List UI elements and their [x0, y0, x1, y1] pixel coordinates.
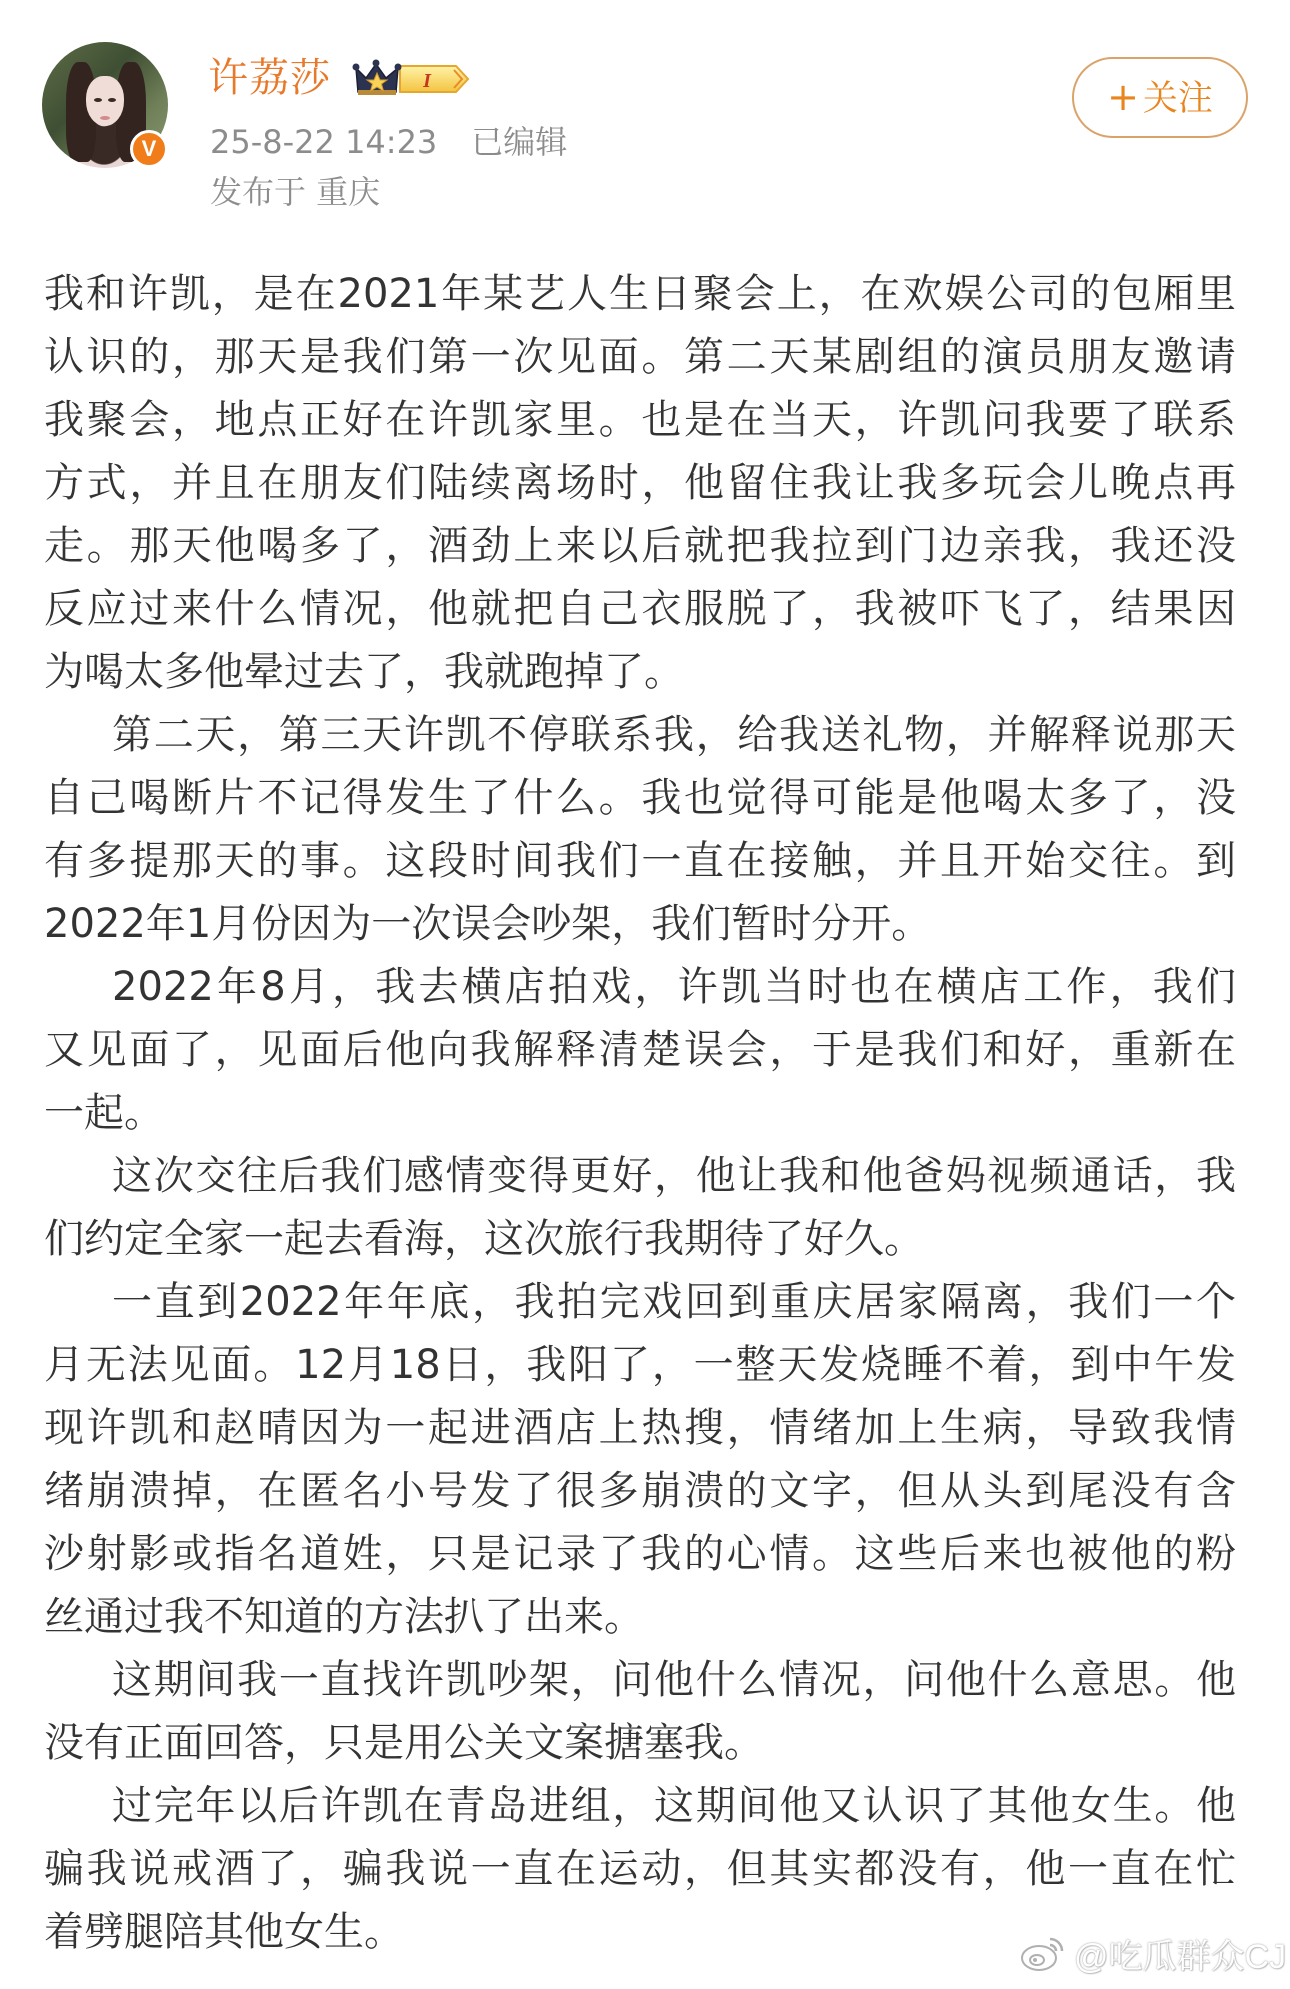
follow-button[interactable]: +关注 [1072, 57, 1248, 138]
post-body: 我和许凯，是在2021年某艺人生日聚会上，在欢娱公司的包厢里认识的，那天是我们第… [44, 263, 1236, 1964]
avatar-lips [100, 116, 110, 120]
plus-icon: + [1107, 75, 1139, 119]
post-text-line: 走。那天他喝多了，酒劲上来以后就把我拉到门边亲我，我还没 [44, 515, 1236, 578]
watermark: @吃瓜群众CJ [1020, 1930, 1286, 1976]
post-text-line: 过完年以后许凯在青岛进组，这期间他又认识了其他女生。他 [44, 1775, 1236, 1838]
post-text-line: 反应过来什么情况，他就把自己衣服脱了，我被吓飞了，结果因 [44, 578, 1236, 641]
avatar-eye [108, 98, 116, 102]
post-text-line: 这期间我一直找许凯吵架，问他什么情况，问他什么意思。他 [44, 1649, 1236, 1712]
post-text-line: 一起。 [44, 1082, 1236, 1145]
post-text-line: 2022年1月份因为一次误会吵架，我们暂时分开。 [44, 893, 1236, 956]
post-text-line: 我聚会，地点正好在许凯家里。也是在当天，许凯问我要了联系 [44, 389, 1236, 452]
edited-label[interactable]: 已编辑 [471, 123, 567, 161]
follow-label: 关注 [1143, 79, 1213, 119]
post-text-line: 第二天，第三天许凯不停联系我，给我送礼物，并解释说那天 [44, 704, 1236, 767]
post-meta: 25-8-22 14:23已编辑 [210, 122, 567, 162]
post-text-line: 又见面了，见面后他向我解释清楚误会，于是我们和好，重新在 [44, 1019, 1236, 1082]
watermark-text: @吃瓜群众CJ [1074, 1929, 1286, 1978]
avatar-eye [94, 98, 102, 102]
post-text-line: 绪崩溃掉，在匿名小号发了很多崩溃的文字，但从头到尾没有含 [44, 1460, 1236, 1523]
post-text-line: 有多提那天的事。这段时间我们一直在接触，并且开始交往。到 [44, 830, 1236, 893]
post-text-line: 一直到2022年年底，我拍完戏回到重庆居家隔离，我们一个 [44, 1271, 1236, 1334]
post-text-line: 认识的，那天是我们第一次见面。第二天某剧组的演员朋友邀请 [44, 326, 1236, 389]
post-timestamp[interactable]: 25-8-22 14:23 [210, 123, 437, 161]
post-text-line: 2022年8月，我去横店拍戏，许凯当时也在横店工作，我们 [44, 956, 1236, 1019]
post-text-line: 我和许凯，是在2021年某艺人生日聚会上，在欢娱公司的包厢里 [44, 263, 1236, 326]
post-text-line: 现许凯和赵晴因为一起进酒店上热搜，情绪加上生病，导致我情 [44, 1397, 1236, 1460]
level-label: I [422, 70, 432, 92]
post-text-line: 方式，并且在朋友们陆续离场时，他留住我让我多玩会儿晚点再 [44, 452, 1236, 515]
post-text-line: 这次交往后我们感情变得更好，他让我和他爸妈视频通话，我 [44, 1145, 1236, 1208]
post-location: 发布于 重庆 [210, 172, 380, 212]
verified-badge-icon: V [130, 130, 168, 168]
post-text-line: 为喝太多他晕过去了，我就跑掉了。 [44, 641, 1236, 704]
post-text-line: 没有正面回答，只是用公关文案搪塞我。 [44, 1712, 1236, 1775]
post-text-line: 沙射影或指名道姓，只是记录了我的心情。这些后来也被他的粉 [44, 1523, 1236, 1586]
post-text-line: 们约定全家一起去看海，这次旅行我期待了好久。 [44, 1208, 1236, 1271]
username[interactable]: 许荔莎 [208, 52, 331, 104]
post-text-line: 自己喝断片不记得发生了什么。我也觉得可能是他喝太多了，没 [44, 767, 1236, 830]
post-text-line: 骗我说戒酒了，骗我说一直在运动，但其实都没有，他一直在忙 [44, 1838, 1236, 1901]
crown-star-icon[interactable]: I [352, 58, 470, 100]
post-text-line: 月无法见面。12月18日，我阳了，一整天发烧睡不着，到中午发 [44, 1334, 1236, 1397]
weibo-logo-icon [1020, 1933, 1066, 1973]
post-text-line: 丝通过我不知道的方法扒了出来。 [44, 1586, 1236, 1649]
